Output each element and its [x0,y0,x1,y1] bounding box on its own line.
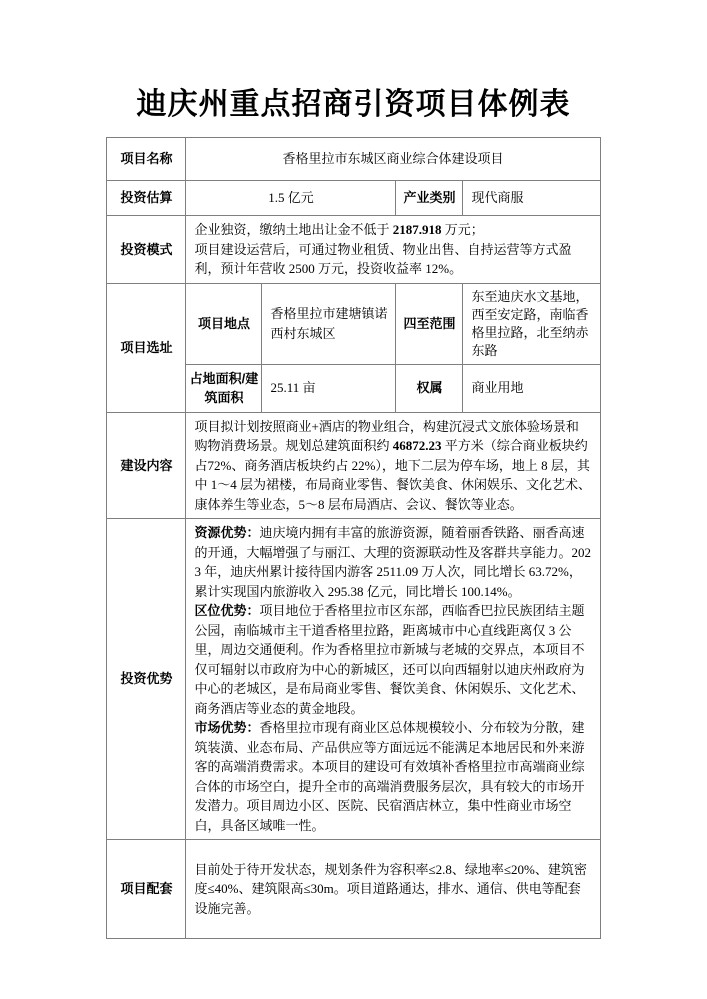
advantage-location-lead: 区位优势： [194,603,259,618]
row-investment-mode: 投资模式 企业独资，缴纳土地出让金不低于 2187.918 万元； 项目建设运营… [107,216,600,284]
investment-estimate-label: 投资估算 [107,181,186,216]
investment-mode-value: 企业独资，缴纳土地出让金不低于 2187.918 万元； 项目建设运营后，可通过… [186,216,600,284]
investment-estimate-value: 1.5 亿元 [186,181,396,216]
industry-category-label: 产业类别 [396,181,463,216]
investment-advantages-value: 资源优势：迪庆境内拥有丰富的旅游资源，随着丽香铁路、丽香高速的开通，大幅增强了与… [186,519,600,840]
document-title: 迪庆州重点招商引资项目体例表 [0,0,707,124]
area-value: 25.11 亩 [262,364,396,412]
construction-content-value: 项目拟计划按照商业+酒店的物业组合，构建沉浸式文旅体验场景和购物消费场景。规划总… [186,412,600,519]
row-investment-advantages: 投资优势 资源优势：迪庆境内拥有丰富的旅游资源，随着丽香铁路、丽香高速的开通，大… [107,519,600,840]
location-label: 项目地点 [186,283,262,364]
investment-mode-line1: 企业独资，缴纳土地出让金不低于 2187.918 万元； [194,220,591,240]
project-info-table: 项目名称 香格里拉市东城区商业综合体建设项目 投资估算 1.5 亿元 产业类别 … [106,137,600,939]
location-value: 香格里拉市建塘镇诺西村东城区 [262,283,396,364]
investment-advantages-label: 投资优势 [107,519,186,840]
investment-mode-line1-pre: 企业独资，缴纳土地出让金不低于 [194,222,392,237]
project-name-value: 香格里拉市东城区商业综合体建设项目 [186,138,600,181]
row-investment-estimate: 投资估算 1.5 亿元 产业类别 现代商服 [107,181,600,216]
advantage-resource: 资源优势：迪庆境内拥有丰富的旅游资源，随着丽香铁路、丽香高速的开通，大幅增强了与… [194,523,591,601]
ownership-label: 权属 [396,364,463,412]
investment-mode-line2: 项目建设运营后，可通过物业租赁、物业出售、自持运营等方式盈利，预计年营收 250… [194,240,591,279]
project-support-value: 目前处于待开发状态，规划条件为容积率≤2.8、绿地率≤20%、建筑密度≤40%、… [186,840,600,939]
document-page: 迪庆州重点招商引资项目体例表 项目名称 香格里拉市东城区商业综合体建设项目 投资… [0,0,707,999]
advantage-market-text: 香格里拉市现有商业区总体规模较小、分布较为分散，建筑装潢、业态布局、产品供应等方… [194,720,584,833]
advantage-location: 区位优势：项目地位于香格里拉市区东部，西临香巴拉民族团结主题公园，南临城市主干道… [194,601,591,718]
project-support-label: 项目配套 [107,840,186,939]
construction-area-number: 46872.23 [393,438,442,453]
boundary-value: 东至迪庆水文基地，西至安定路，南临香格里拉路，北至纳赤东路 [463,283,600,364]
row-project-name: 项目名称 香格里拉市东城区商业综合体建设项目 [107,138,600,181]
row-project-support: 项目配套 目前处于待开发状态，规划条件为容积率≤2.8、绿地率≤20%、建筑密度… [107,840,600,939]
investment-mode-label: 投资模式 [107,216,186,284]
site-selection-label: 项目选址 [107,283,186,412]
advantage-location-text: 项目地位于香格里拉市区东部，西临香巴拉民族团结主题公园，南临城市主干道香格里拉路… [194,603,584,716]
construction-content-label: 建设内容 [107,412,186,519]
area-label: 占地面积/建筑面积 [186,364,262,412]
investment-mode-amount: 2187.918 [393,222,442,237]
advantage-resource-lead: 资源优势： [194,525,259,540]
industry-category-value: 现代商服 [463,181,600,216]
advantage-market: 市场优势：香格里拉市现有商业区总体规模较小、分布较为分散，建筑装潢、业态布局、产… [194,718,591,835]
ownership-value: 商业用地 [463,364,600,412]
row-construction-content: 建设内容 项目拟计划按照商业+酒店的物业组合，构建沉浸式文旅体验场景和购物消费场… [107,412,600,519]
advantage-market-lead: 市场优势： [194,720,259,735]
row-site-location: 项目选址 项目地点 香格里拉市建塘镇诺西村东城区 四至范围 东至迪庆水文基地，西… [107,283,600,364]
boundary-label: 四至范围 [396,283,463,364]
project-name-label: 项目名称 [107,138,186,181]
investment-mode-line1-post: 万元； [442,222,484,237]
